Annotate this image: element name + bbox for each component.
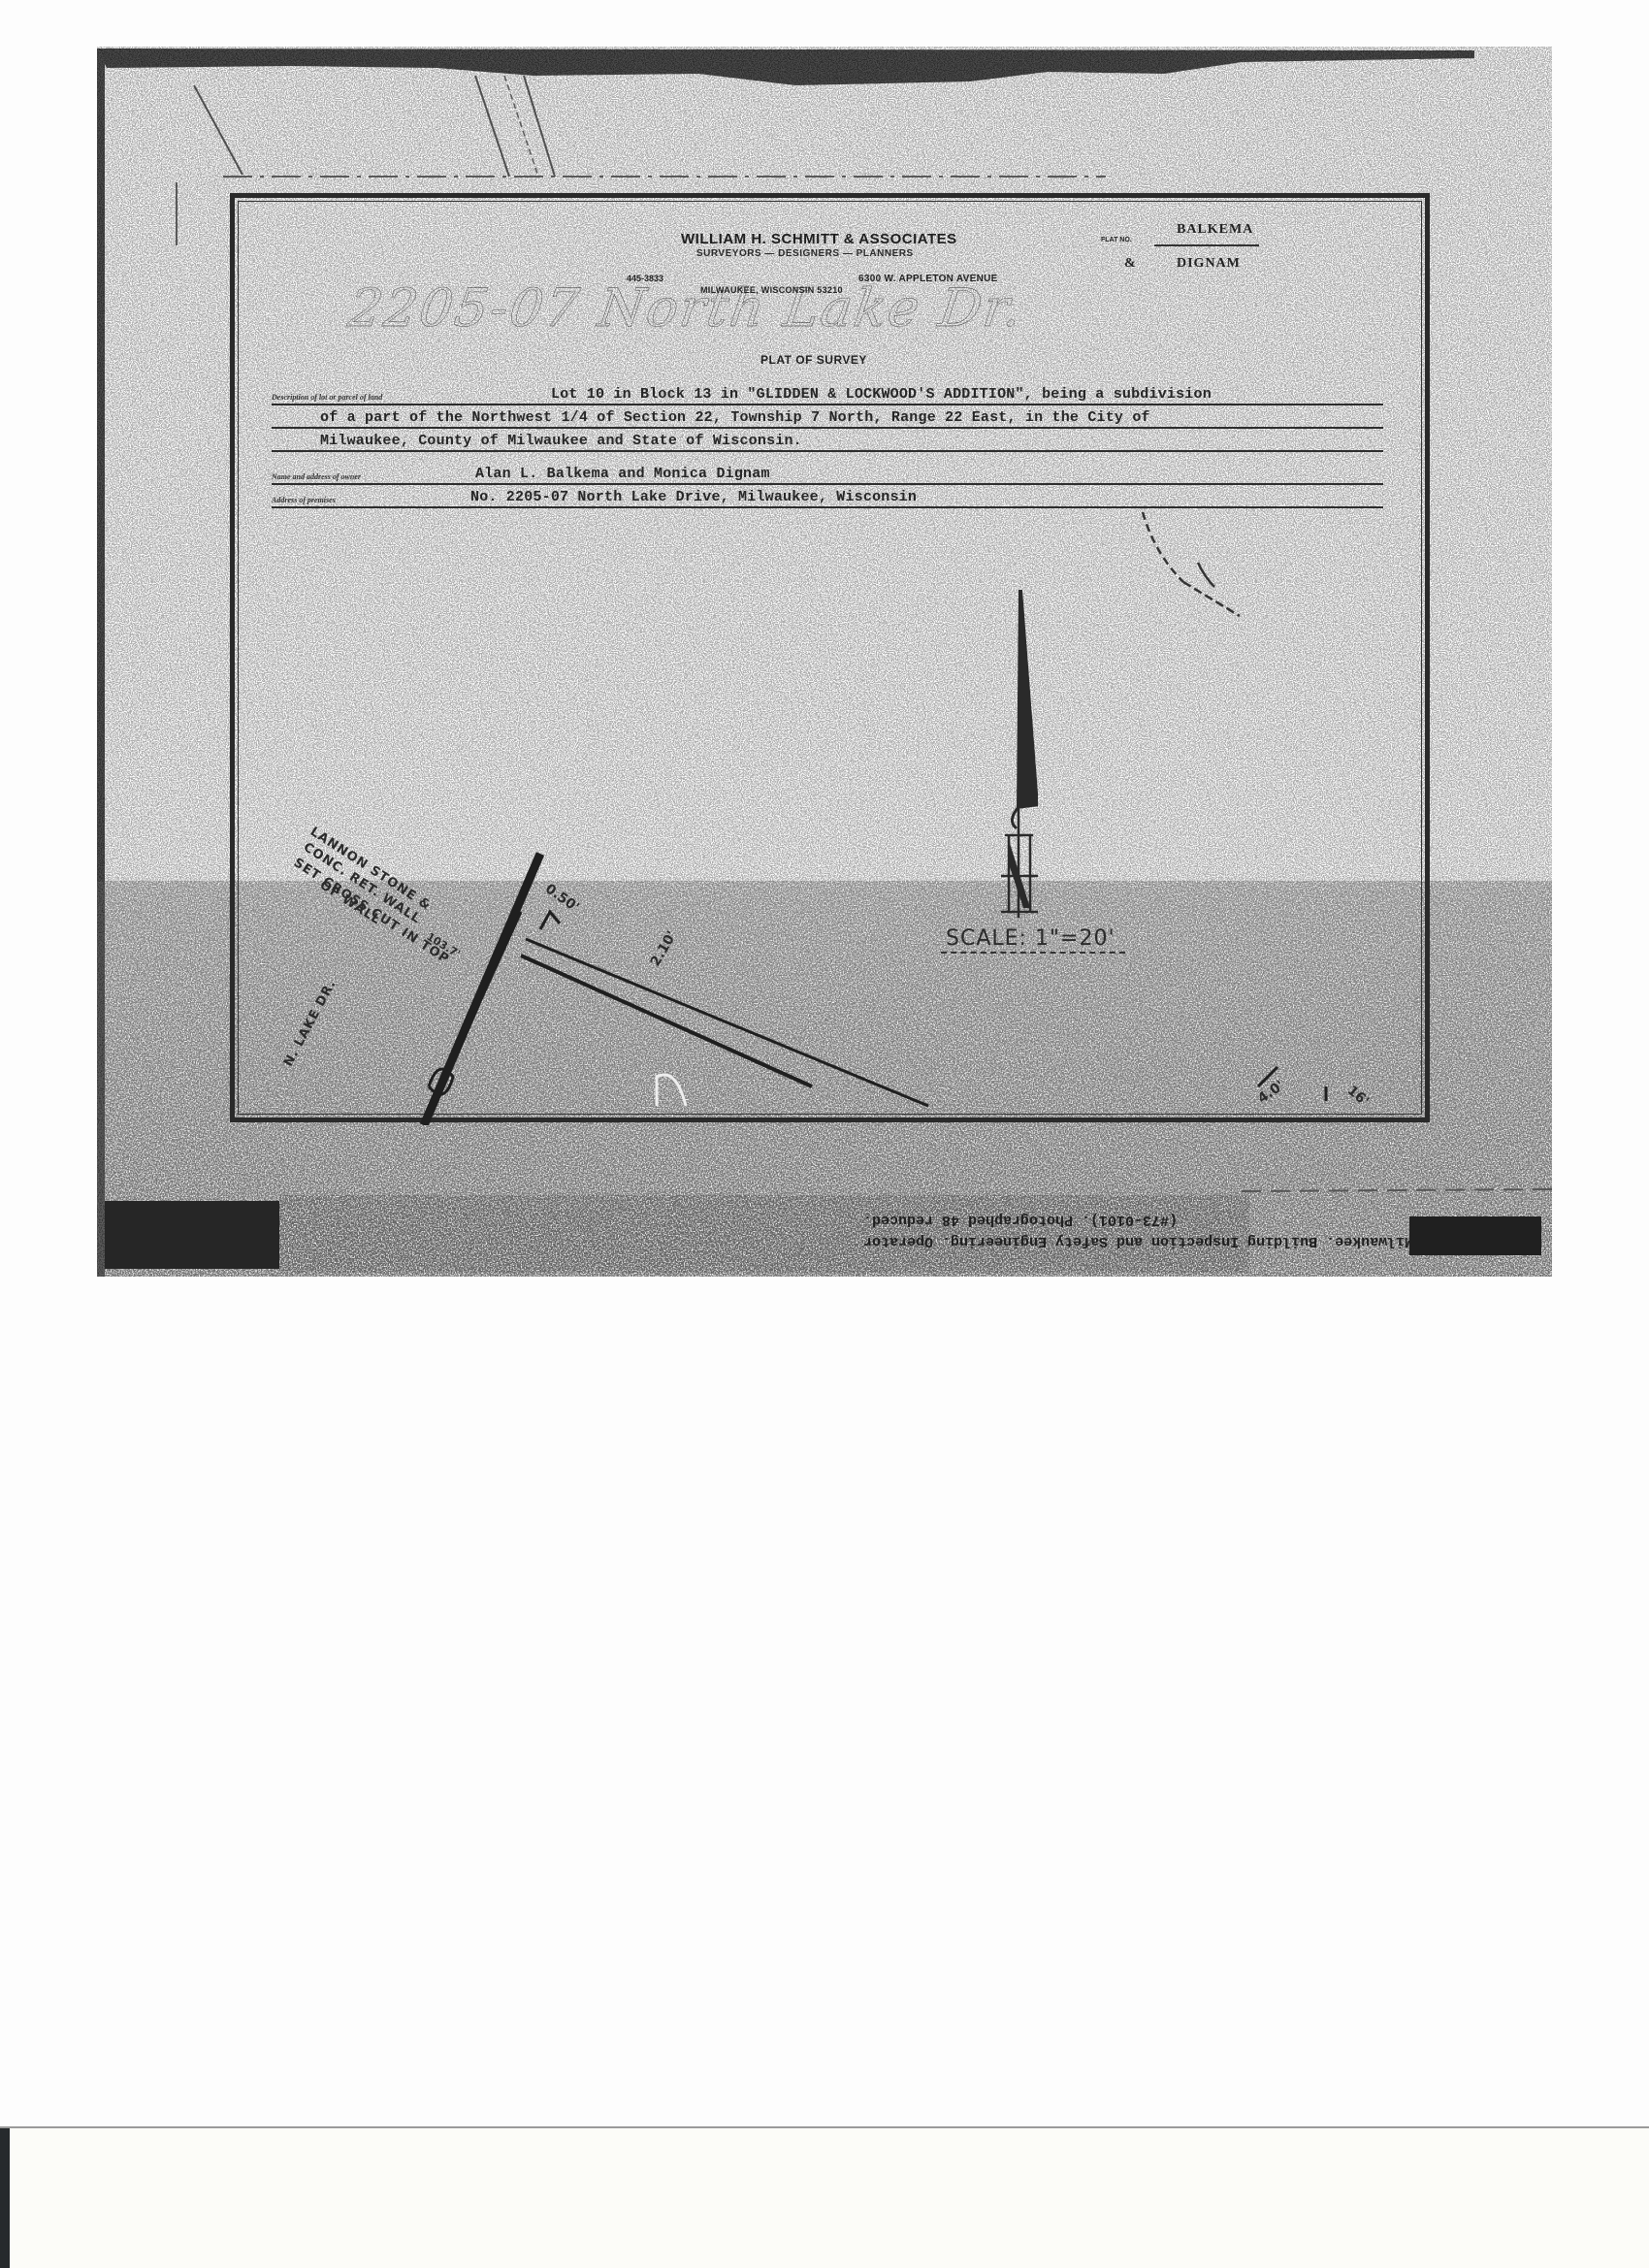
firm-name: WILLIAM H. SCHMITT & ASSOCIATES [681,231,957,247]
form-row-owner: Name and address of owner Alan L. Balkem… [272,466,1383,485]
stamp-line-1: (#73-0101). Photographed 48 reduced. [863,1212,1178,1228]
flat-no-label: FLAT NO. [1101,237,1132,243]
form-row-description-1: Description of lot or parcel of land Lot… [272,386,1383,405]
redaction-block [1409,1216,1541,1255]
page-edge [0,2128,10,2268]
inverted-stamp: (#73-0101). Photographed 48 reduced. Cit… [242,1208,1406,1266]
description-line-2: of a part of the Northwest 1/4 of Sectio… [320,409,1150,426]
owner-label: Name and address of owner [272,472,361,481]
plat-title: PLAT OF SURVEY [760,353,867,367]
flat-ampersand: & [1124,256,1136,272]
flat-owner-2: DIGNAM [1177,256,1241,272]
flat-no-underline [1154,244,1259,246]
curve-marks [1125,504,1261,640]
description-label: Description of lot or parcel of land [272,393,382,402]
stamp-line-2: City of Milwaukee. Building Inspection a… [863,1233,1483,1249]
flat-owner-1: BALKEMA [1177,222,1253,238]
form-row-description-2: of a part of the Northwest 1/4 of Sectio… [272,409,1383,429]
premises-value: No. 2205-07 North Lake Drive, Milwaukee,… [470,489,917,505]
firm-tagline: SURVEYORS — DESIGNERS — PLANNERS [696,248,914,259]
owner-value: Alan L. Balkema and Monica Dignam [475,466,770,482]
form-row-description-3: Milwaukee, County of Milwaukee and State… [272,433,1383,452]
blank-page-lower-area [0,2126,1649,2268]
premises-label: Address of premises [272,496,336,504]
description-line-1: Lot 10 in Block 13 in "GLIDDEN & LOCKWOO… [551,386,1212,403]
handwritten-address: 2205-07 North Lake Dr. [345,277,1028,339]
description-line-3: Milwaukee, County of Milwaukee and State… [320,433,802,449]
survey-sketch [230,795,1433,1125]
